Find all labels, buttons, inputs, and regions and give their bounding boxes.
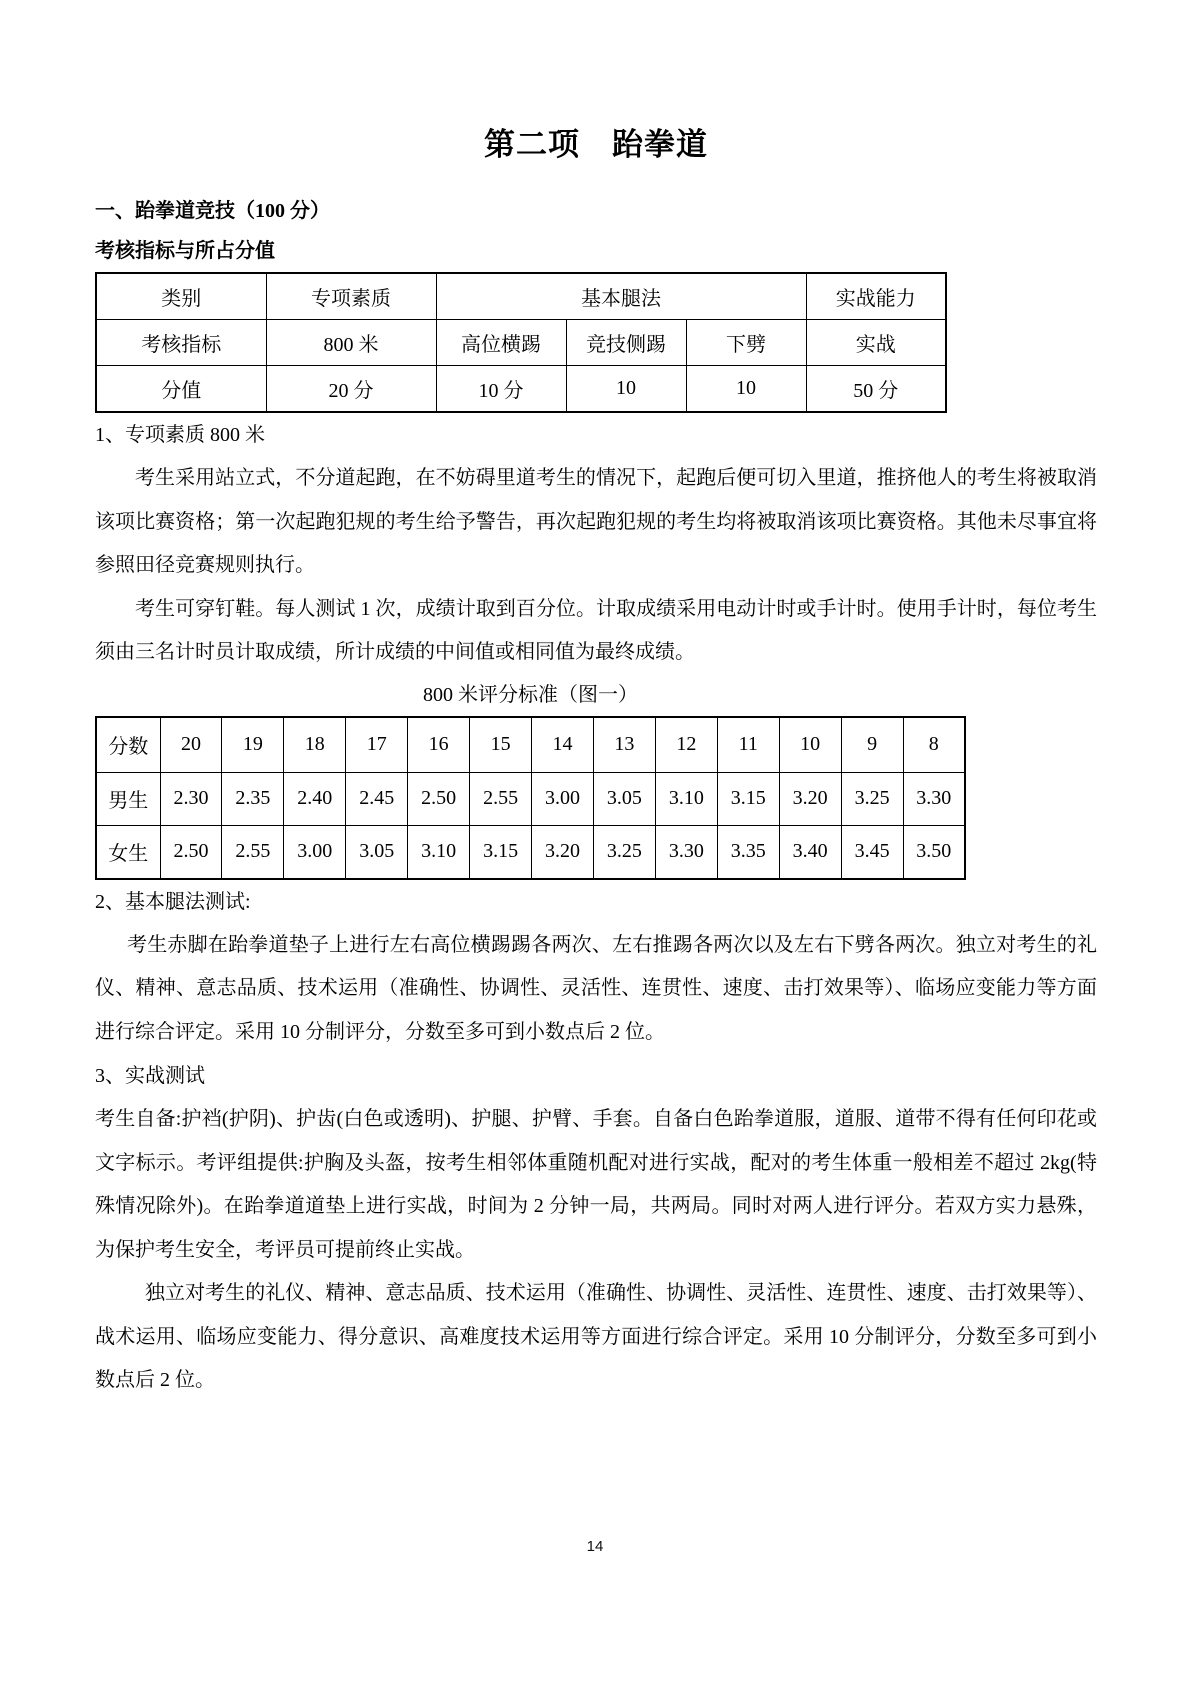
page-title: 第二项 跆拳道 <box>95 126 1097 164</box>
item3-paragraph-1: 考生自备:护裆(护阴)、护齿(白色或透明)、护腿、护臂、手套。自备白色跆拳道服，… <box>95 1098 1097 1272</box>
t2-cell: 2.40 <box>284 772 346 825</box>
t2-cell: 2.55 <box>222 825 284 879</box>
t2-cell: 2.45 <box>346 772 408 825</box>
t2-cell: 3.25 <box>593 825 655 879</box>
t2-cell: 3.50 <box>903 825 965 879</box>
t1-cell: 分值 <box>96 366 266 413</box>
t2-cell: 12 <box>655 717 717 773</box>
t2-cell: 2.55 <box>470 772 532 825</box>
table-row-men: 男生 2.30 2.35 2.40 2.45 2.50 2.55 3.00 3.… <box>96 772 965 825</box>
item2-paragraph: 考生赤脚在跆拳道垫子上进行左右高位横踢踢各两次、左右推踢各两次以及左右下劈各两次… <box>95 924 1097 1055</box>
item2-heading: 2、基本腿法测试: <box>95 880 1097 924</box>
t2-cell: 3.10 <box>655 772 717 825</box>
page-number: 14 <box>0 1538 1190 1555</box>
t2-cell: 3.20 <box>532 825 594 879</box>
t1-cell: 专项素质 <box>266 273 436 320</box>
t2-cell: 3.10 <box>408 825 470 879</box>
table-row: 分值 20 分 10 分 10 10 50 分 <box>96 366 946 413</box>
t2-cell: 2.30 <box>160 772 222 825</box>
t1-cell: 10 <box>566 366 686 413</box>
t2-cell: 3.00 <box>532 772 594 825</box>
t2-cell: 16 <box>408 717 470 773</box>
t2-cell: 3.30 <box>903 772 965 825</box>
item1-paragraph-1: 考生采用站立式，不分道起跑，在不妨碍里道考生的情况下，起跑后便可切入里道，推挤他… <box>95 457 1097 588</box>
t2-cell: 3.20 <box>779 772 841 825</box>
t2-cell: 2.50 <box>160 825 222 879</box>
t2-cell: 3.05 <box>593 772 655 825</box>
t2-cell: 3.45 <box>841 825 903 879</box>
t1-cell: 类别 <box>96 273 266 320</box>
t1-cell: 800 米 <box>266 320 436 366</box>
t2-cell: 男生 <box>96 772 160 825</box>
t2-cell: 8 <box>903 717 965 773</box>
t2-cell: 女生 <box>96 825 160 879</box>
table-row: 分数 20 19 18 17 16 15 14 13 12 11 10 9 8 <box>96 717 965 773</box>
t2-cell: 19 <box>222 717 284 773</box>
table1-title: 考核指标与所占分值 <box>95 232 1097 270</box>
t2-cell: 3.25 <box>841 772 903 825</box>
t1-cell: 10 <box>686 366 806 413</box>
table-row: 考核指标 800 米 高位横踢 竞技侧踢 下劈 实战 <box>96 320 946 366</box>
t1-cell: 20 分 <box>266 366 436 413</box>
t2-cell: 17 <box>346 717 408 773</box>
t1-cell: 竞技侧踢 <box>566 320 686 366</box>
t2-cell: 20 <box>160 717 222 773</box>
table-row-women: 女生 2.50 2.55 3.00 3.05 3.10 3.15 3.20 3.… <box>96 825 965 879</box>
t2-cell: 3.00 <box>284 825 346 879</box>
t1-cell: 基本腿法 <box>436 273 806 320</box>
section-heading: 一、跆拳道竞技（100 分） <box>95 190 1097 232</box>
t2-cell: 3.15 <box>717 772 779 825</box>
document-page: 第二项 跆拳道 一、跆拳道竞技（100 分） 考核指标与所占分值 类别 专项素质… <box>0 0 1190 1683</box>
table-row: 类别 专项素质 基本腿法 实战能力 <box>96 273 946 320</box>
t2-cell: 3.35 <box>717 825 779 879</box>
t2-cell: 2.50 <box>408 772 470 825</box>
item1-heading: 1、专项素质 800 米 <box>95 413 1097 457</box>
table2-caption: 800 米评分标准（图一） <box>95 675 966 715</box>
t2-cell: 3.30 <box>655 825 717 879</box>
t2-cell: 15 <box>470 717 532 773</box>
t2-cell: 10 <box>779 717 841 773</box>
item3-paragraph-2: 独立对考生的礼仪、精神、意志品质、技术运用（准确性、协调性、灵活性、连贯性、速度… <box>95 1272 1097 1403</box>
scoring-standard-table: 分数 20 19 18 17 16 15 14 13 12 11 10 9 8 … <box>95 716 966 880</box>
t2-cell: 3.40 <box>779 825 841 879</box>
t2-cell: 3.05 <box>346 825 408 879</box>
t2-cell: 9 <box>841 717 903 773</box>
t2-cell: 18 <box>284 717 346 773</box>
item1-paragraph-2: 考生可穿钉鞋。每人测试 1 次，成绩计取到百分位。计取成绩采用电动计时或手计时。… <box>95 588 1097 675</box>
score-allocation-table: 类别 专项素质 基本腿法 实战能力 考核指标 800 米 高位横踢 竞技侧踢 下… <box>95 272 947 413</box>
t2-cell: 3.15 <box>470 825 532 879</box>
t1-cell: 考核指标 <box>96 320 266 366</box>
item3-heading: 3、实战测试 <box>95 1054 1097 1098</box>
t1-cell: 10 分 <box>436 366 566 413</box>
t1-cell: 下劈 <box>686 320 806 366</box>
t1-cell: 50 分 <box>806 366 946 413</box>
t1-cell: 实战 <box>806 320 946 366</box>
t2-cell: 2.35 <box>222 772 284 825</box>
t1-cell: 实战能力 <box>806 273 946 320</box>
t2-cell: 14 <box>532 717 594 773</box>
t2-cell: 分数 <box>96 717 160 773</box>
t1-cell: 高位横踢 <box>436 320 566 366</box>
t2-cell: 13 <box>593 717 655 773</box>
t2-cell: 11 <box>717 717 779 773</box>
